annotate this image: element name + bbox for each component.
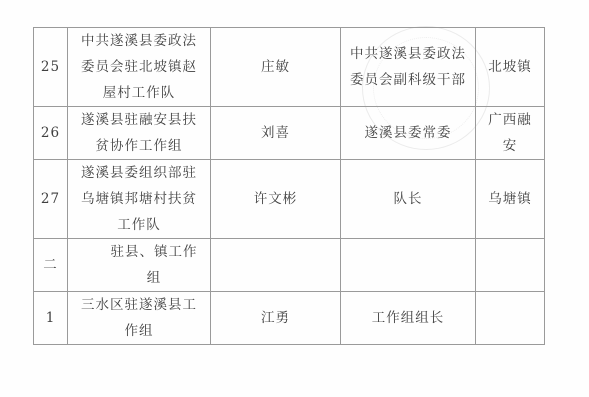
position-cell bbox=[341, 239, 476, 292]
position-cell: 遂溪县委常委 bbox=[341, 107, 476, 160]
row-number: 27 bbox=[34, 160, 68, 239]
section-number: 二 bbox=[34, 239, 68, 292]
position-cell: 中共遂溪县委政法委员会副科级干部 bbox=[341, 28, 476, 107]
name-cell: 庄敏 bbox=[211, 28, 341, 107]
name-cell bbox=[211, 239, 341, 292]
unit-cell: 三水区驻遂溪县工作组 bbox=[68, 292, 211, 345]
personnel-table: 25 中共遂溪县委政法委员会驻北坡镇赵屋村工作队 庄敏 中共遂溪县委政法委员会副… bbox=[33, 27, 545, 345]
location-cell: 北坡镇 bbox=[476, 28, 545, 107]
section-title: 驻县、镇工作组 bbox=[68, 239, 211, 292]
section-header-row: 二 驻县、镇工作组 bbox=[34, 239, 545, 292]
table-row: 25 中共遂溪县委政法委员会驻北坡镇赵屋村工作队 庄敏 中共遂溪县委政法委员会副… bbox=[34, 28, 545, 107]
row-number: 1 bbox=[34, 292, 68, 345]
location-cell bbox=[476, 239, 545, 292]
location-cell: 乌塘镇 bbox=[476, 160, 545, 239]
table-row: 26 遂溪县驻融安县扶贫协作工作组 刘喜 遂溪县委常委 广西融安 bbox=[34, 107, 545, 160]
position-cell: 工作组组长 bbox=[341, 292, 476, 345]
document-page: 25 中共遂溪县委政法委员会驻北坡镇赵屋村工作队 庄敏 中共遂溪县委政法委员会副… bbox=[0, 0, 589, 397]
location-cell: 广西融安 bbox=[476, 107, 545, 160]
location-cell bbox=[476, 292, 545, 345]
unit-cell: 遂溪县委组织部驻乌塘镇邦塘村扶贫工作队 bbox=[68, 160, 211, 239]
unit-cell: 遂溪县驻融安县扶贫协作工作组 bbox=[68, 107, 211, 160]
table-row: 1 三水区驻遂溪县工作组 江勇 工作组组长 bbox=[34, 292, 545, 345]
row-number: 25 bbox=[34, 28, 68, 107]
row-number: 26 bbox=[34, 107, 68, 160]
table-row: 27 遂溪县委组织部驻乌塘镇邦塘村扶贫工作队 许文彬 队长 乌塘镇 bbox=[34, 160, 545, 239]
name-cell: 许文彬 bbox=[211, 160, 341, 239]
unit-cell: 中共遂溪县委政法委员会驻北坡镇赵屋村工作队 bbox=[68, 28, 211, 107]
name-cell: 江勇 bbox=[211, 292, 341, 345]
name-cell: 刘喜 bbox=[211, 107, 341, 160]
position-cell: 队长 bbox=[341, 160, 476, 239]
